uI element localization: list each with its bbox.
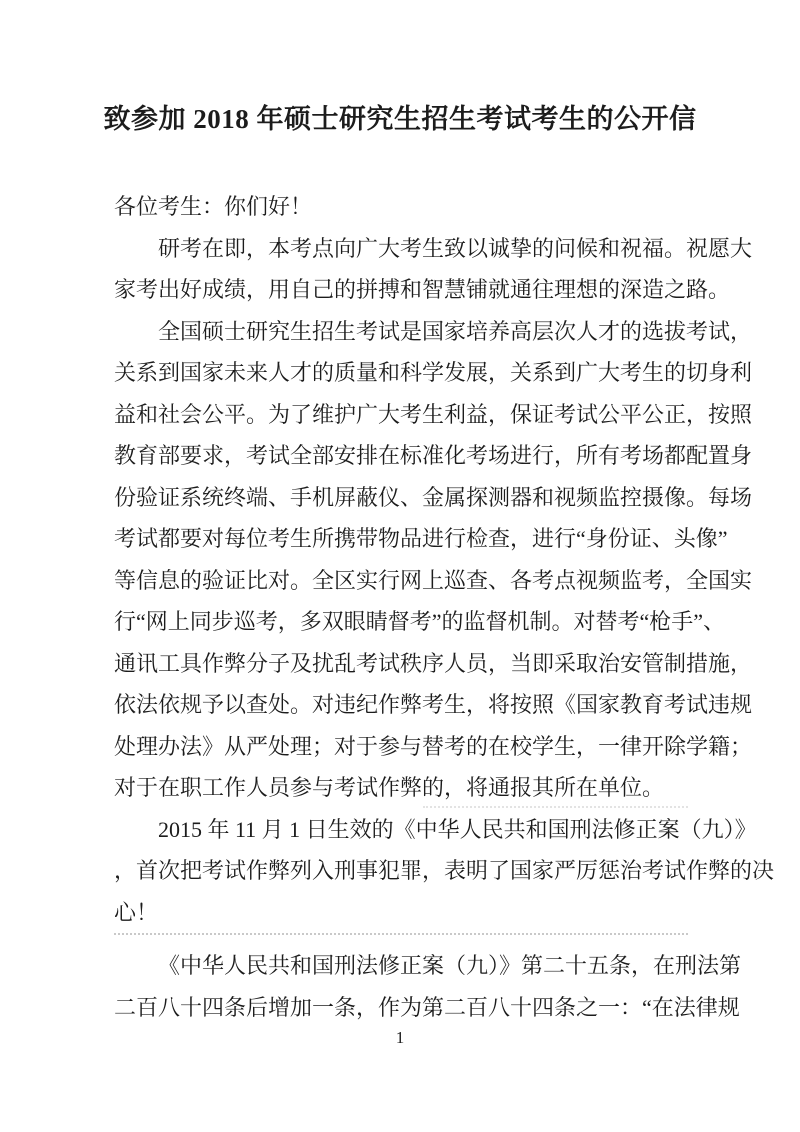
document-line: 2015 年 11 月 1 日生效的《中华人民共和国刑法修正案（九）》 (114, 809, 688, 851)
document-line: 考试都要对每位考生所携带物品进行检查，进行“身份证、头像” (114, 518, 688, 560)
document-line: 份验证系统终端、手机屏蔽仪、金属探测器和视频监控摄像。每场 (114, 477, 688, 519)
document-line: 等信息的验证比对。全区实行网上巡查、各考点视频监考，全国实 (114, 560, 688, 602)
document-line: 全国硕士研究生招生考试是国家培养高层次人才的选拔考试， (114, 311, 688, 353)
document-lines: 各位考生：你们好！研考在即，本考点向广大考生致以诚挚的问候和祝福。祝愿大家考出好… (114, 186, 688, 1028)
document-line: 教育部要求，考试全部安排在标准化考场进行，所有考场都配置身 (114, 435, 688, 477)
document-line: 研考在即，本考点向广大考生致以诚挚的问候和祝福。祝愿大 (114, 228, 688, 270)
document-line: 家考出好成绩，用自己的拼搏和智慧铺就通往理想的深造之路。 (114, 269, 688, 311)
document-page: 致参加 2018 年硕士研究生招生考试考生的公开信 各位考生：你们好！研考在即，… (0, 0, 800, 1132)
document-line: ，首次把考试作弊列入刑事犯罪，表明了国家严厉惩治考试作弊的决 (114, 850, 688, 892)
scan-artifact-dotted-line (423, 806, 688, 808)
page-number: 1 (0, 1028, 800, 1048)
document-line: 益和社会公平。为了维护广大考生利益，保证考试公平公正，按照 (114, 394, 688, 436)
document-line: 心！ (114, 892, 688, 934)
document-line: 依法依规予以查处。对违纪作弊考生，将按照《国家教育考试违规 (114, 684, 688, 726)
document-title: 致参加 2018 年硕士研究生招生考试考生的公开信 (0, 97, 800, 136)
document-line: 《中华人民共和国刑法修正案（九）》第二十五条，在刑法第 (114, 945, 688, 987)
document-line: 行“网上同步巡考，多双眼睛督考”的监督机制。对替考“枪手”、 (114, 601, 688, 643)
document-line: 处理办法》从严处理；对于参与替考的在校学生，一律开除学籍； (114, 726, 688, 768)
document-line: 二百八十四条后增加一条，作为第二百八十四条之一：“在法律规 (114, 987, 688, 1029)
dotted-divider-line (114, 933, 688, 945)
document-line: 通讯工具作弊分子及扰乱考试秩序人员，当即采取治安管制措施， (114, 643, 688, 685)
document-line: 各位考生：你们好！ (114, 186, 688, 228)
document-line: 关系到国家未来人才的质量和科学发展，关系到广大考生的切身利 (114, 352, 688, 394)
document-line: 对于在职工作人员参与考试作弊的，将通报其所在单位。 (114, 767, 688, 809)
